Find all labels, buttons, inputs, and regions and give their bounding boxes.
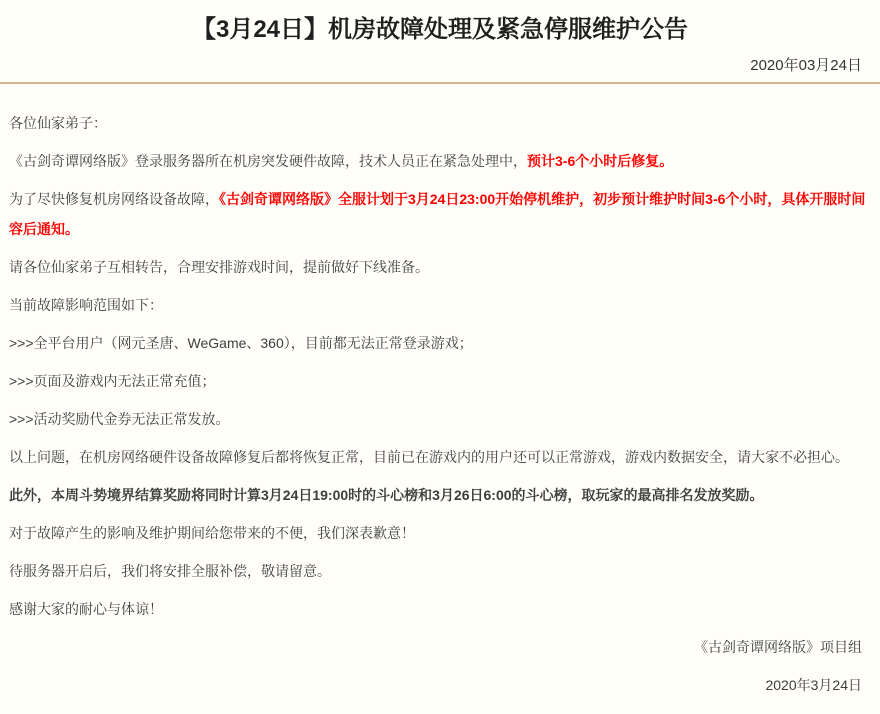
- paragraph-reassurance: 以上问题，在机房网络硬件设备故障修复后都将恢复正常，目前已在游戏内的用户还可以正…: [9, 442, 870, 472]
- footer-date: 2020年3月24日: [9, 670, 870, 700]
- scope-item-login: >>>全平台用户（网元圣唐、WeGame、360），目前都无法正常登录游戏；: [9, 328, 870, 358]
- salutation: 各位仙家弟子：: [9, 108, 870, 138]
- scope-item-voucher: >>>活动奖励代金券无法正常发放。: [9, 404, 870, 434]
- paragraph-thanks: 感谢大家的耐心与体谅！: [9, 594, 870, 624]
- footer-signature: 《古剑奇谭网络版》项目组: [9, 632, 870, 662]
- paragraph-ranking: 此外，本周斗势境界结算奖励将同时计算3月24日19:00时的斗心榜和3月26日6…: [9, 480, 870, 510]
- page-title: 【3月24日】机房故障处理及紧急停服维护公告: [0, 0, 880, 44]
- paragraph-maintenance: 为了尽快修复机房网络设备故障，《古剑奇谭网络版》全服计划于3月24日23:00开…: [9, 184, 870, 244]
- paragraph-fault-highlight-text: 预计3-6个小时后修复。: [527, 153, 673, 169]
- paragraph-notice: 请各位仙家弟子互相转告，合理安排游戏时间，提前做好下线准备。: [9, 252, 870, 282]
- paragraph-fault: 《古剑奇谭网络版》登录服务器所在机房突发硬件故障，技术人员正在紧急处理中，预计3…: [9, 146, 870, 176]
- paragraph-apology: 对于故障产生的影响及维护期间给您带来的不便，我们深表歉意！: [9, 518, 870, 548]
- announcement-body: 各位仙家弟子： 《古剑奇谭网络版》登录服务器所在机房突发硬件故障，技术人员正在紧…: [0, 84, 880, 700]
- paragraph-maintenance-normal-text: 为了尽快修复机房网络设备故障，: [9, 191, 219, 207]
- publish-date: 2020年03月24日: [0, 58, 880, 74]
- scope-item-recharge: >>>页面及游戏内无法正常充值；: [9, 366, 870, 396]
- announcement-page: 【3月24日】机房故障处理及紧急停服维护公告 2020年03月24日 各位仙家弟…: [0, 0, 880, 714]
- paragraph-compensation: 待服务器开启后，我们将安排全服补偿，敬请留意。: [9, 556, 870, 586]
- scope-heading: 当前故障影响范围如下：: [9, 290, 870, 320]
- paragraph-fault-normal-text: 《古剑奇谭网络版》登录服务器所在机房突发硬件故障，技术人员正在紧急处理中，: [9, 153, 527, 169]
